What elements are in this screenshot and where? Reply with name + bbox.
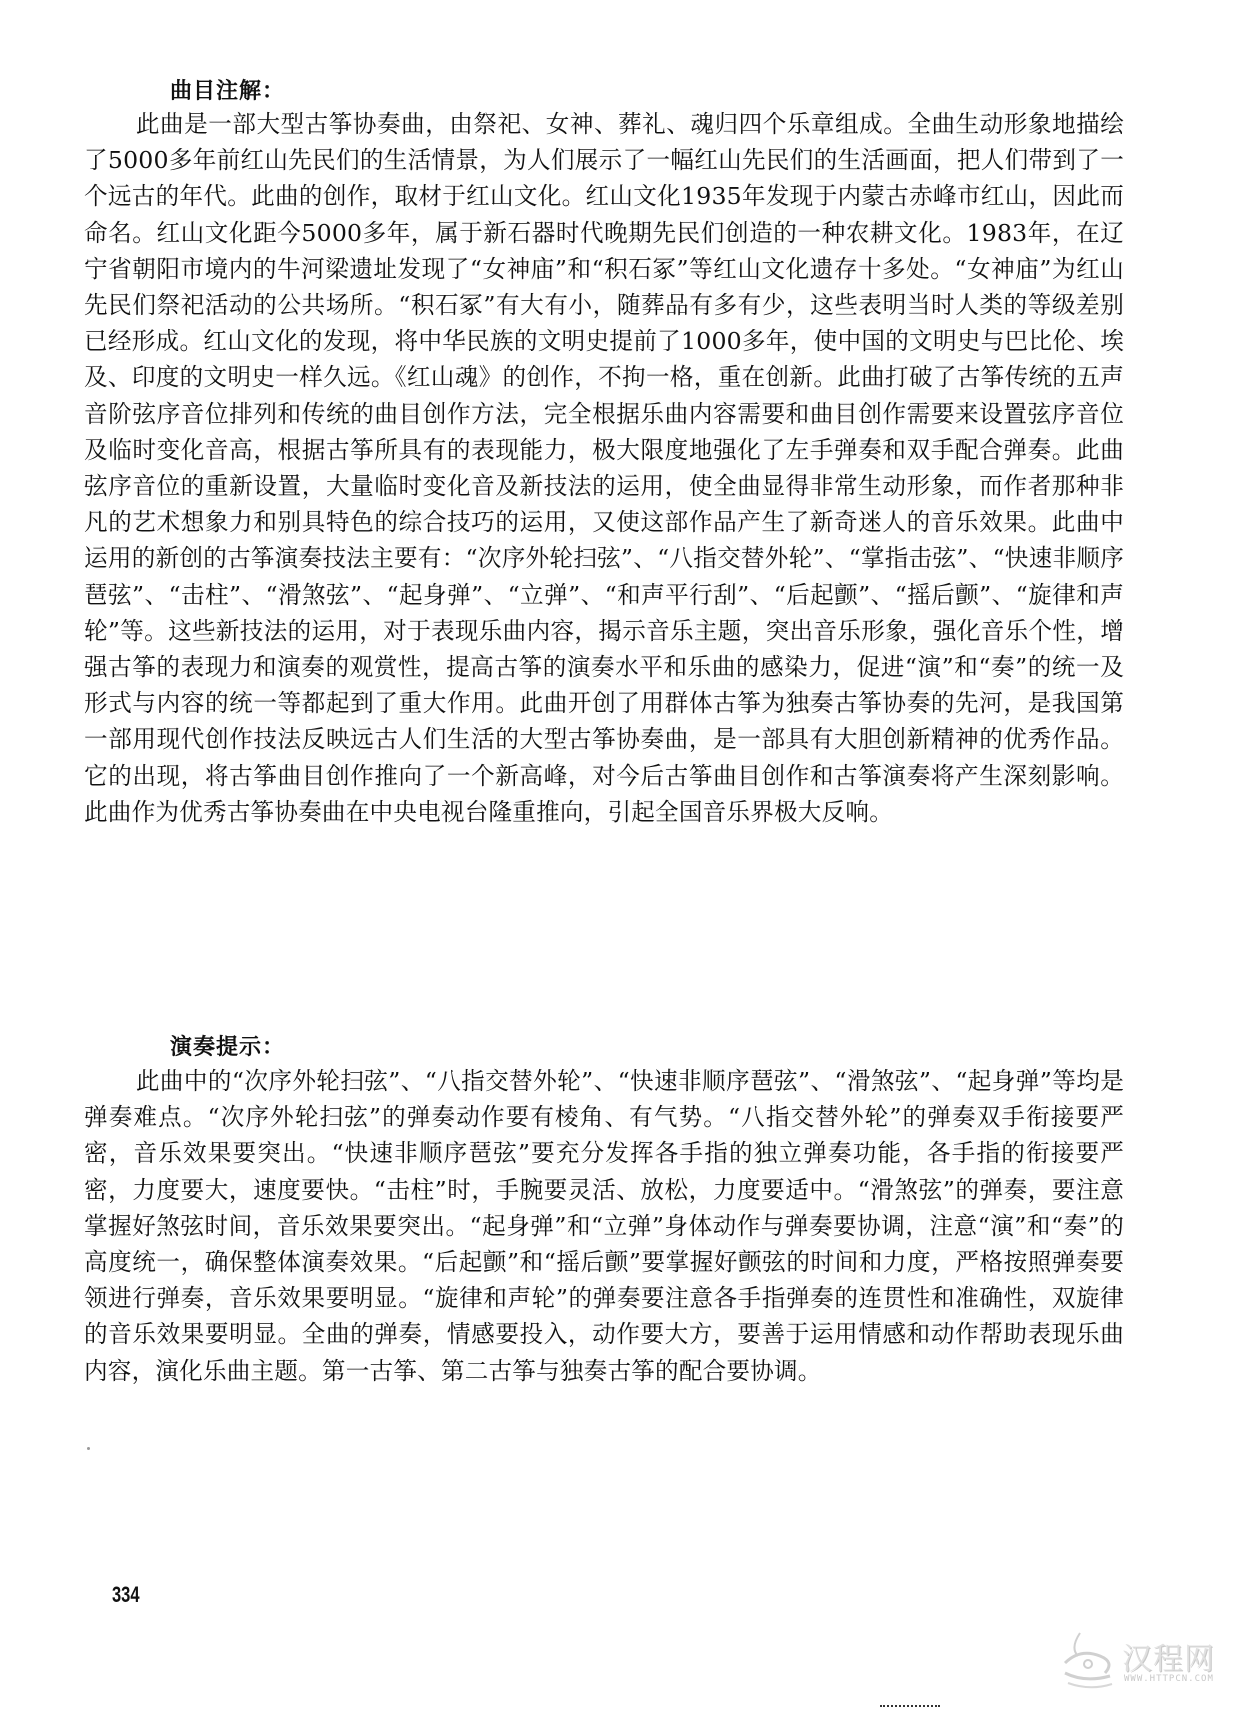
scan-artifact bbox=[880, 1705, 940, 1710]
section-heading-notes: 曲目注解： bbox=[170, 74, 285, 105]
watermark-logo-icon bbox=[1060, 1628, 1120, 1693]
tips-paragraph: 此曲中的“次序外轮扫弦”、“八指交替外轮”、“快速非顺序琶弦”、“滑煞弦”、“起… bbox=[84, 1063, 1124, 1389]
watermark-logo-text: 汉程网 bbox=[1122, 1634, 1215, 1678]
section-heading-tips: 演奏提示： bbox=[170, 1030, 285, 1061]
notes-paragraph: 此曲是一部大型古筝协奏曲，由祭祀、女神、葬礼、魂归四个乐章组成。全曲生动形象地描… bbox=[84, 106, 1124, 830]
page-number: 334 bbox=[112, 1582, 140, 1608]
watermark-url: WWW.HTTPCN.COM bbox=[1124, 1674, 1214, 1684]
watermark: 汉程网 WWW.HTTPCN.COM bbox=[1060, 1628, 1240, 1698]
scan-speck bbox=[87, 1447, 90, 1450]
